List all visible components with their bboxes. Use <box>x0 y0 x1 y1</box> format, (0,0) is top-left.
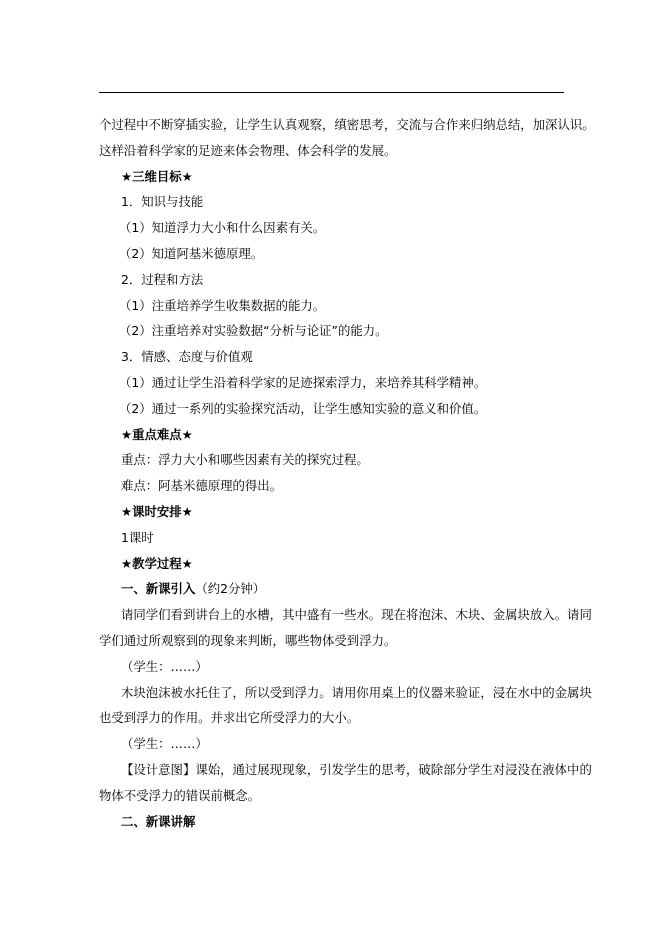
list-item: （1）注重培养学生收集数据的能力。 <box>99 293 569 319</box>
document-page: 个过程中不断穿插实验，让学生认真观察，缜密思考，交流与合作来归纳总结，加深认识。… <box>0 0 661 935</box>
list-item: （1）知道浮力大小和什么因素有关。 <box>99 215 569 241</box>
section-heading-objectives: ★三维目标★ <box>99 164 569 190</box>
design-intent-line: 【设计意图】课始，通过展现现象，引发学生的思考，破除部分学生对浸没在液体中的 <box>99 757 569 783</box>
part2-title: 二、新课讲解 <box>99 809 569 835</box>
part1-heading: 一、新课引入（约2分钟） <box>99 576 569 602</box>
paragraph-line: 个过程中不断穿插实验，让学生认真观察，缜密思考，交流与合作来归纳总结，加深认识。 <box>99 112 569 138</box>
schedule-value: 1课时 <box>99 525 569 551</box>
student-response: （学生：……） <box>99 731 569 757</box>
section-heading-schedule: ★课时安排★ <box>99 499 569 525</box>
part1-note: （约2分钟） <box>195 581 265 596</box>
list-item: （2）知道阿基米德原理。 <box>99 241 569 267</box>
paragraph-line: 请同学们看到讲台上的水槽，其中盛有一些水。现在将泡沫、木块、金属块放入。请同 <box>99 602 569 628</box>
subsection-title: 3．情感、态度与价值观 <box>99 344 569 370</box>
design-intent-line: 物体不受浮力的错误前概念。 <box>99 783 569 809</box>
list-item: （1）通过让学生沿着科学家的足迹探索浮力，来培养其科学精神。 <box>99 370 569 396</box>
student-response: （学生：……） <box>99 654 569 680</box>
focus-point: 重点：浮力大小和哪些因素有关的探究过程。 <box>99 447 569 473</box>
paragraph-line: 学们通过所观察到的现象来判断，哪些物体受到浮力。 <box>99 628 569 654</box>
list-item: （2）注重培养对实验数据“分析与论证”的能力。 <box>99 318 569 344</box>
difficulty-point: 难点：阿基米德原理的得出。 <box>99 473 569 499</box>
paragraph-line: 这样沿着科学家的足迹来体会物理、体会科学的发展。 <box>99 138 569 164</box>
part1-title: 一、新课引入 <box>121 581 195 596</box>
section-heading-key-points: ★重点难点★ <box>99 422 569 448</box>
subsection-title: 2．过程和方法 <box>99 267 569 293</box>
subsection-title: 1．知识与技能 <box>99 189 569 215</box>
section-heading-process: ★教学过程★ <box>99 551 569 577</box>
list-item: （2）通过一系列的实验探究活动，让学生感知实验的意义和价值。 <box>99 396 569 422</box>
header-rule <box>99 92 564 93</box>
document-body: 个过程中不断穿插实验，让学生认真观察，缜密思考，交流与合作来归纳总结，加深认识。… <box>99 112 569 834</box>
paragraph-line: 木块泡沫被水托住了，所以受到浮力。请用你用桌上的仪器来验证，浸在水中的金属块 <box>99 680 569 706</box>
paragraph-line: 也受到浮力的作用。并求出它所受浮力的大小。 <box>99 705 569 731</box>
